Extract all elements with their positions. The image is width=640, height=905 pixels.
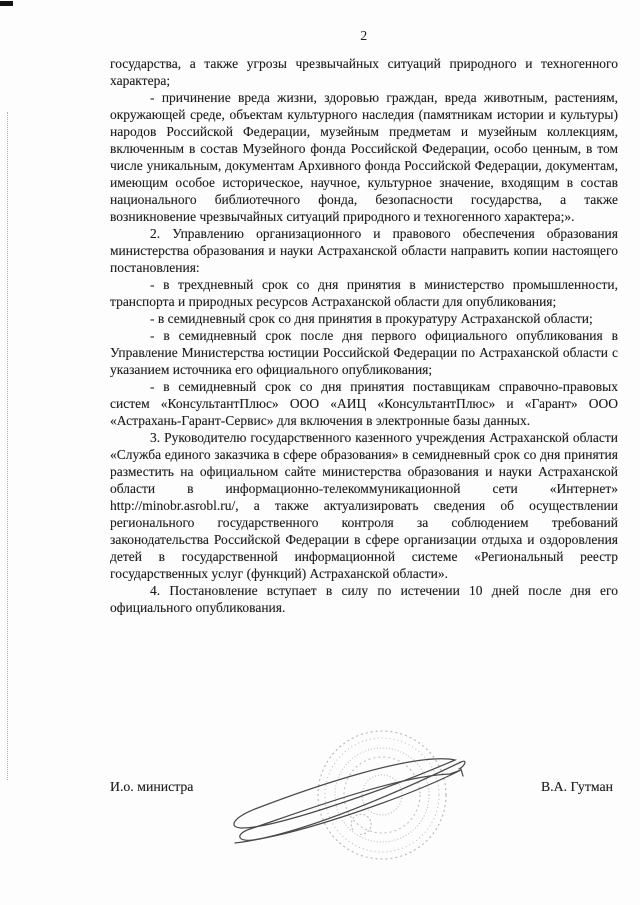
page-number: 2: [110, 29, 618, 45]
paragraph-section-4: 4. Постановление вступает в силу по исте…: [110, 582, 618, 616]
paragraph-list-item: - в семидневный срок со дня принятия пос…: [110, 378, 618, 429]
paragraph-list-item: - причинение вреда жизни, здоровью гражд…: [110, 89, 618, 225]
scan-artifact-corner-mark: [0, 1, 13, 6]
signatory-name: В.А. Гутман: [541, 779, 613, 795]
paragraph-continuation: государства, а также угрозы чрезвычайных…: [110, 55, 618, 89]
signature-block: И.о. министра В.А. Гутман: [110, 779, 613, 795]
paragraph-list-item: - в семидневный срок после дня первого о…: [110, 327, 618, 378]
round-seal-icon: [318, 731, 446, 859]
signatory-title: И.о. министра: [110, 779, 193, 795]
scan-artifact-edge-dotted-line: [7, 112, 8, 780]
paragraph-section-2: 2. Управлению организационного и правово…: [110, 225, 618, 276]
document-body: государства, а также угрозы чрезвычайных…: [110, 55, 618, 616]
scanned-document-page: 2 государства, а также угрозы чрезвычайн…: [0, 0, 640, 905]
paragraph-list-item: - в семидневный срок со дня принятия в п…: [110, 310, 618, 327]
paragraph-list-item: - в трехдневный срок со дня принятия в м…: [110, 276, 618, 310]
paragraph-section-3: 3. Руководителю государственного казенно…: [110, 429, 618, 582]
handwritten-signature-icon: [234, 759, 465, 843]
